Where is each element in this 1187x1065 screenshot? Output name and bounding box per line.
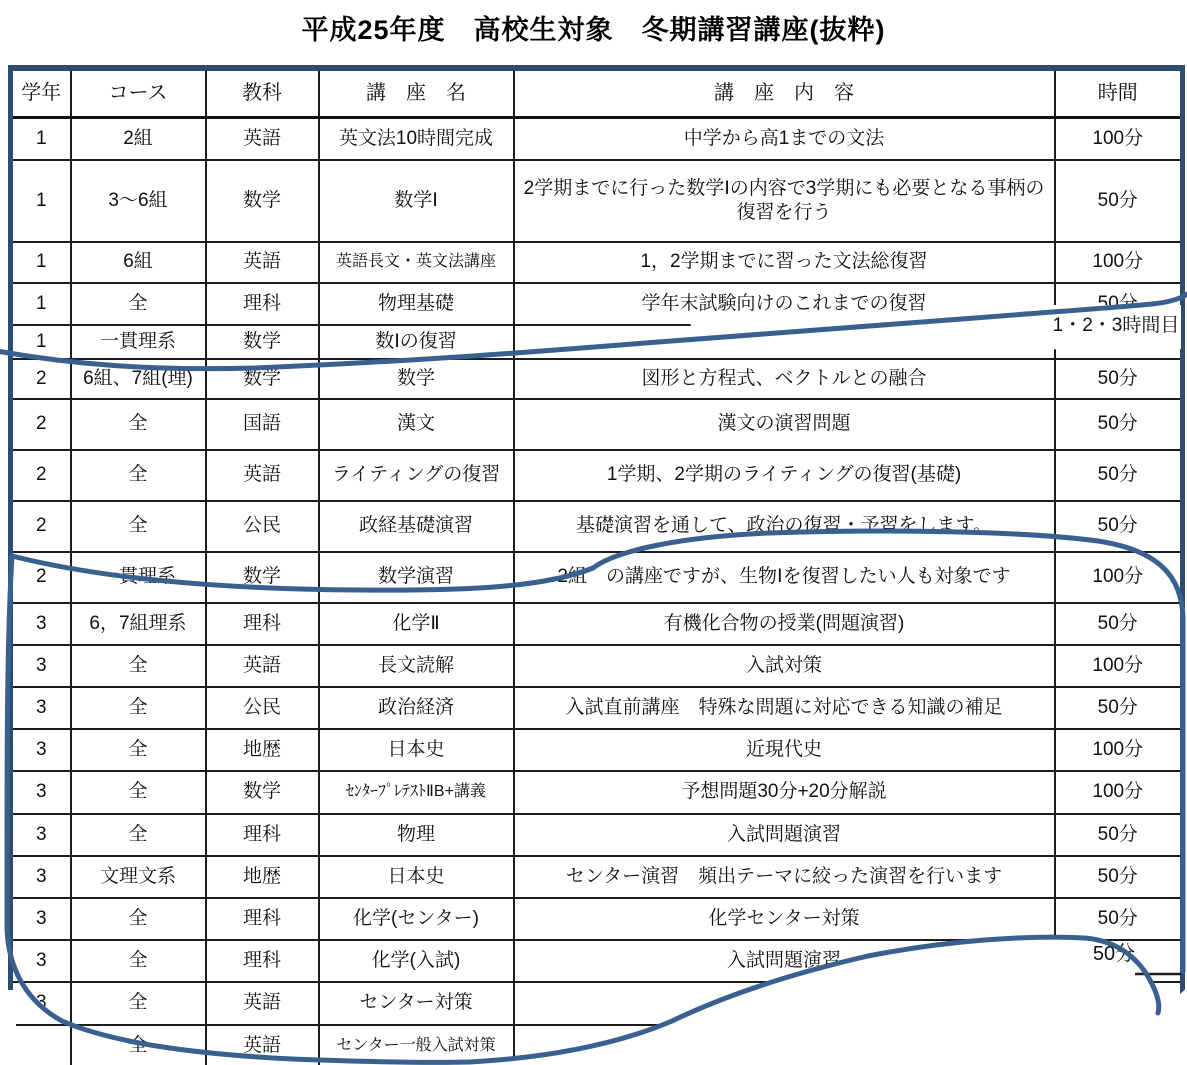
header-name: 講 座 名: [319, 68, 514, 118]
cell-course-name: 化学(入試): [319, 940, 514, 982]
cell-subject: 地歴: [206, 856, 319, 898]
cell-time: [1055, 325, 1183, 359]
table-row: 2 6組、7組(理) 数学 数学 図形と方程式、ベクトルとの融合 50分: [11, 359, 1183, 399]
course-table: 学年 コース 教科 講 座 名 講 座 内 容 時間 1 2組 英語 英文法10…: [8, 65, 1185, 1065]
cell-subject: 英語: [206, 242, 319, 283]
cell-course: 全: [71, 940, 206, 982]
cell-grade: 2: [11, 450, 71, 501]
cell-grade: 1: [11, 242, 71, 283]
cell-course-content: 重: [514, 1025, 1055, 1065]
cell-course: 2組: [71, 118, 206, 160]
cell-time: 50分: [1055, 501, 1183, 552]
cell-course-content: 漢文の演習問題: [514, 399, 1055, 450]
cell-time: 50分: [1055, 814, 1183, 856]
table-row: 3 全 理科 化学(入試) 入試問題演習: [11, 940, 1183, 982]
cell-grade: 3: [11, 814, 71, 856]
cell-course-name: 漢文: [319, 399, 514, 450]
cell-course-content: 中学から高1までの文法: [514, 118, 1055, 160]
cell-course-content: 予想問題30分+20分解説: [514, 771, 1055, 814]
cell-course: 全: [71, 399, 206, 450]
cell-grade: 1: [11, 325, 71, 359]
cell-course-content: 入試直前講座 特殊な問題に対応できる知識の補足: [514, 687, 1055, 729]
cell-subject: 公民: [206, 687, 319, 729]
cell-subject: 理科: [206, 603, 319, 645]
cell-grade: 2: [11, 359, 71, 399]
cell-grade: 3: [11, 771, 71, 814]
cell-course-name: 数学演習: [319, 552, 514, 603]
header-content: 講 座 内 容: [514, 68, 1055, 118]
cell-subject: 英語: [206, 118, 319, 160]
cell-course-content: 2学期までに行った数学Ⅰの内容で3学期にも必要となる事柄の復習を行う: [514, 160, 1055, 242]
cell-course: 全: [71, 982, 206, 1025]
cell-grade: 3: [11, 645, 71, 687]
cell-course: 一貫理系: [71, 325, 206, 359]
document-page: 平成25年度 高校生対象 冬期講習講座(抜粋) 学年 コース 教科 講 座 名 …: [0, 0, 1187, 1065]
cell-course-name: 日本史: [319, 856, 514, 898]
table-row: 2 一貫理系 数学 数学演習 2組 の講座ですが、生物Ⅰを復習したい人も対象です…: [11, 552, 1183, 603]
cell-course-name: 長文読解: [319, 645, 514, 687]
cell-course: 3～6組: [71, 160, 206, 242]
cell-time: 50分: [1055, 898, 1183, 940]
table-row: 3 全 理科 物理 入試問題演習 50分: [11, 814, 1183, 856]
cell-time: 50分: [1055, 856, 1183, 898]
cell-time: 50分: [1055, 450, 1183, 501]
cell-subject: 理科: [206, 814, 319, 856]
cell-time: 100分: [1055, 771, 1183, 814]
cell-grade: 2: [11, 501, 71, 552]
table-row: 3 全 数学 ｾﾝﾀｰﾌﾟﾚﾃｽﾄⅡB+講義 予想問題30分+20分解説 100…: [11, 771, 1183, 814]
table-row: 3 全 公民 政治経済 入試直前講座 特殊な問題に対応できる知識の補足 50分: [11, 687, 1183, 729]
table-row: 1 2組 英語 英文法10時間完成 中学から高1までの文法 100分: [11, 118, 1183, 160]
header-subject: 教科: [206, 68, 319, 118]
cell-course-name: センター対策: [319, 982, 514, 1025]
cell-course: 文理文系: [71, 856, 206, 898]
cell-time: 100分: [1055, 729, 1183, 771]
cell-course-content: 有機化合物の授業(問題演習): [514, 603, 1055, 645]
cell-course-name: 日本史: [319, 729, 514, 771]
cell-subject: 英語: [206, 645, 319, 687]
cell-subject: 英語: [206, 1025, 319, 1065]
cell-course: 全: [71, 814, 206, 856]
cell-course-name: センター一般入試対策: [319, 1025, 514, 1065]
table-row: 1 6組 英語 英語長文・英文法講座 1，2学期までに習った文法総復習 100分: [11, 242, 1183, 283]
cell-time: [1055, 940, 1183, 982]
table-row: 3 全 地歴 日本史 近現代史 100分: [11, 729, 1183, 771]
cell-grade: 1: [11, 160, 71, 242]
table-row: 2 全 国語 漢文 漢文の演習問題 50分: [11, 399, 1183, 450]
cell-time: 100分: [1055, 552, 1183, 603]
table-row: 2 全 公民 政経基礎演習 基礎演習を通して、政治の復習・予習をします。 50分: [11, 501, 1183, 552]
cell-course: 全: [71, 729, 206, 771]
cell-time: 100分: [1055, 242, 1183, 283]
cell-grade: 3: [11, 856, 71, 898]
cell-course-content: 図形と方程式、ベクトルとの融合: [514, 359, 1055, 399]
cell-time: 100分: [1055, 645, 1183, 687]
cell-course: 全: [71, 283, 206, 325]
cell-time: [1055, 1025, 1183, 1065]
cell-course: 6組: [71, 242, 206, 283]
cell-course-content: 入試問題演習: [514, 814, 1055, 856]
table-row: 2 全 英語 ライティングの復習 1学期、2学期のライティングの復習(基礎) 5…: [11, 450, 1183, 501]
cell-course-content: 1，2学期までに習った文法総復習: [514, 242, 1055, 283]
table-row: 3 全 理科 化学(センター) 化学センター対策 50分: [11, 898, 1183, 940]
cell-grade: 3: [11, 940, 71, 982]
cell-time: 50分: [1055, 160, 1183, 242]
cell-time: 50分: [1055, 687, 1183, 729]
cell-time: 50分: [1055, 283, 1183, 325]
cell-time: 50分: [1055, 603, 1183, 645]
cell-subject: 理科: [206, 283, 319, 325]
cell-course-name: 化学(センター): [319, 898, 514, 940]
cell-time: 50分: [1055, 359, 1183, 399]
cell-course: 全: [71, 898, 206, 940]
cell-course-name: 数学: [319, 359, 514, 399]
cell-course-content: 学年末試験向けのこれまでの復習: [514, 283, 1055, 325]
header-row: 学年 コース 教科 講 座 名 講 座 内 容 時間: [11, 68, 1183, 118]
cell-subject: 地歴: [206, 729, 319, 771]
cell-time: [1055, 982, 1183, 1025]
table-row: 1 一貫理系 数学 数Ⅰの復習 2次不等式 三角比: [11, 325, 1183, 359]
cell-grade: 3: [11, 982, 71, 1025]
cell-course-name: ライティングの復習: [319, 450, 514, 501]
cell-grade: 2: [11, 552, 71, 603]
cell-course-name: 数Ⅰの復習: [319, 325, 514, 359]
cell-course: 全: [71, 687, 206, 729]
cell-time: 100分: [1055, 118, 1183, 160]
cell-subject: 数学: [206, 771, 319, 814]
cell-course: 6，7組理系: [71, 603, 206, 645]
cell-subject: 数学: [206, 359, 319, 399]
cell-subject: 国語: [206, 399, 319, 450]
cell-subject: 数学: [206, 325, 319, 359]
cell-subject: 英語: [206, 982, 319, 1025]
cell-course-name: ｾﾝﾀｰﾌﾟﾚﾃｽﾄⅡB+講義: [319, 771, 514, 814]
cell-course: 全: [71, 450, 206, 501]
cell-course-content: 基礎演習を通して、政治の復習・予習をします。: [514, 501, 1055, 552]
cell-course: 全: [71, 501, 206, 552]
cell-course-content: 入試対策: [514, 645, 1055, 687]
table-row: 1 全 理科 物理基礎 学年末試験向けのこれまでの復習 50分: [11, 283, 1183, 325]
cell-course-content: 2組 の講座ですが、生物Ⅰを復習したい人も対象です: [514, 552, 1055, 603]
cell-course: 一貫理系: [71, 552, 206, 603]
cell-course-content: 2次不等式 三角比: [514, 325, 1055, 359]
cell-course-name: 数学Ⅰ: [319, 160, 514, 242]
cell-time: 50分: [1055, 399, 1183, 450]
cell-course: 全: [71, 771, 206, 814]
cell-course-name: 物理: [319, 814, 514, 856]
cell-grade: 1: [11, 118, 71, 160]
cell-grade: 3: [11, 687, 71, 729]
table-row: 3 6，7組理系 理科 化学Ⅱ 有機化合物の授業(問題演習) 50分: [11, 603, 1183, 645]
cell-subject: 英語: [206, 450, 319, 501]
cell-course: 6組、7組(理): [71, 359, 206, 399]
cell-course-name: 政治経済: [319, 687, 514, 729]
table-row: 1 3～6組 数学 数学Ⅰ 2学期までに行った数学Ⅰの内容で3学期にも必要となる…: [11, 160, 1183, 242]
cell-course-name: 化学Ⅱ: [319, 603, 514, 645]
cell-course-name: 英語長文・英文法講座: [319, 242, 514, 283]
cell-grade: [11, 1025, 71, 1065]
cell-course-content: 入試問題演習: [514, 940, 1055, 982]
cell-subject: 数学: [206, 160, 319, 242]
cell-subject: 理科: [206, 898, 319, 940]
cell-grade: 3: [11, 898, 71, 940]
cell-course-name: 英文法10時間完成: [319, 118, 514, 160]
header-time: 時間: [1055, 68, 1183, 118]
cell-course-name: 政経基礎演習: [319, 501, 514, 552]
cell-course-content: センター演習 頻出テーマに絞った演習を行います: [514, 856, 1055, 898]
cell-subject: 公民: [206, 501, 319, 552]
cell-course-content: 1学期、2学期のライティングの復習(基礎): [514, 450, 1055, 501]
page-title: 平成25年度 高校生対象 冬期講習講座(抜粋): [0, 8, 1187, 47]
table-row: 3 全 英語 長文読解 入試対策 100分: [11, 645, 1183, 687]
cell-grade: 3: [11, 729, 71, 771]
cell-course-content: 発音、アク: [514, 982, 1055, 1025]
table-row: 3 文理文系 地歴 日本史 センター演習 頻出テーマに絞った演習を行います 50…: [11, 856, 1183, 898]
table-row: 3 全 英語 センター対策 発音、アク: [11, 982, 1183, 1025]
cell-grade: 2: [11, 399, 71, 450]
cell-subject: 数学: [206, 552, 319, 603]
cell-course-content: 近現代史: [514, 729, 1055, 771]
cell-grade: 3: [11, 603, 71, 645]
cell-course: 全: [71, 645, 206, 687]
header-course: コース: [71, 68, 206, 118]
cell-course-name: 物理基礎: [319, 283, 514, 325]
header-grade: 学年: [11, 68, 71, 118]
cell-grade: 1: [11, 283, 71, 325]
table-row: 全 英語 センター一般入試対策 重: [11, 1025, 1183, 1065]
cell-course: 全: [71, 1025, 206, 1065]
cell-course-content: 化学センター対策: [514, 898, 1055, 940]
cell-subject: 理科: [206, 940, 319, 982]
